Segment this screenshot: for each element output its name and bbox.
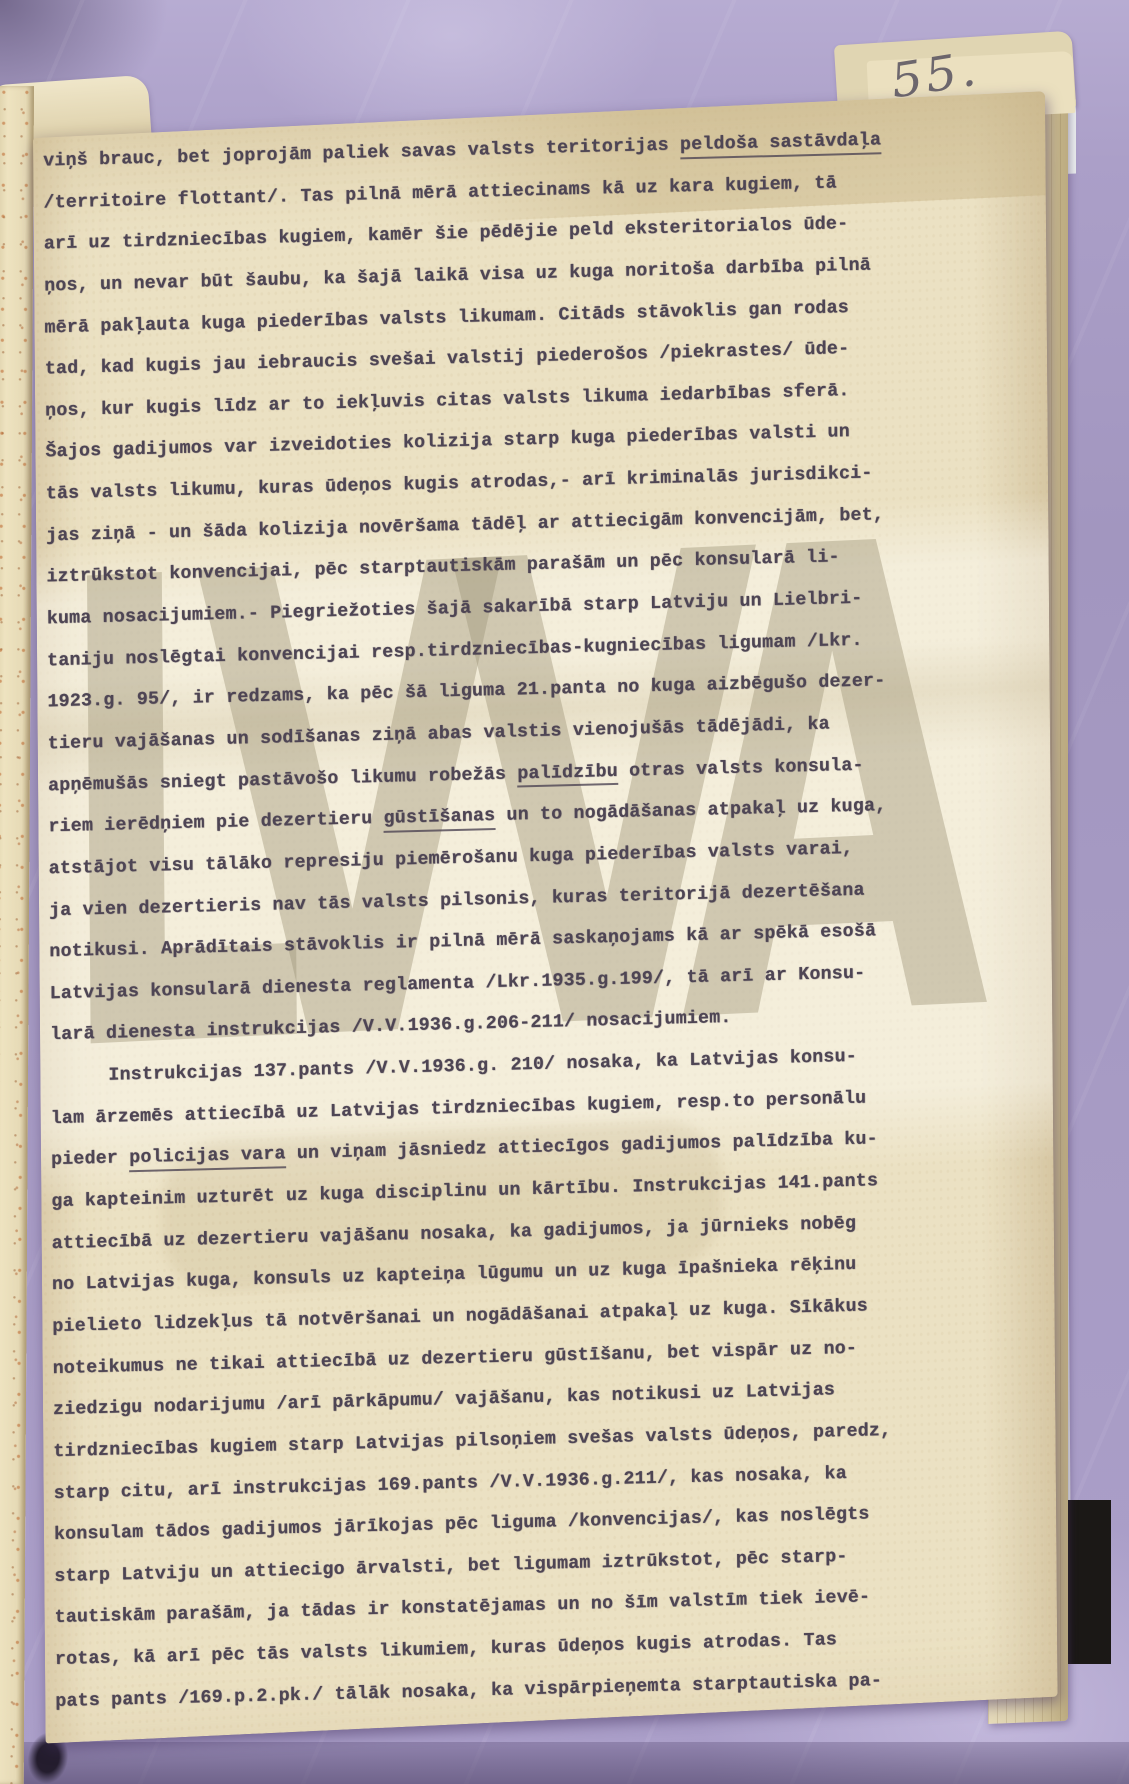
text-segment: un viņam jāsniedz attiecīgos gadijumos p… bbox=[286, 1130, 878, 1165]
text-segment: otras valsts konsula- bbox=[618, 755, 864, 781]
text-segment: rotas, kā arī pēc tās valsts likumiem, k… bbox=[55, 1630, 837, 1670]
underlined-text-segment: peldoša sastāvdaļa bbox=[680, 130, 881, 159]
text-segment: larā dienesta instrukcijas /V.V.1936.g.2… bbox=[50, 1008, 732, 1045]
text-segment: riem ierēdņiem pie dezertieru bbox=[48, 809, 383, 837]
underlined-text-segment: palīdzību bbox=[517, 762, 618, 788]
text-segment: viņš brauc, bet joprojām paliek savas va… bbox=[43, 135, 680, 171]
text-segment: pieder bbox=[51, 1149, 129, 1171]
typewritten-text-block: viņš brauc, bet joprojām paliek savas va… bbox=[43, 117, 1022, 1723]
text-segment: un to nogādāšanas atpakaļ uz kuga, bbox=[495, 796, 886, 826]
bottom-edge-shadow bbox=[0, 1742, 1129, 1784]
text-segment: Instrukcijas 137.pants /V.V.1936.g. 210/… bbox=[108, 1047, 857, 1086]
text-segment: apņēmušās sniegt pastāvošo likumu robežā… bbox=[48, 764, 517, 796]
text-segment: tieru vajāšanas un sodīšanas ziņā abas v… bbox=[48, 715, 830, 755]
underlined-text-segment: policijas vara bbox=[129, 1145, 286, 1172]
underlined-text-segment: gūstīšanas bbox=[384, 806, 496, 832]
document-page: LVVA viņš brauc, bet joprojām paliek sav… bbox=[33, 91, 1058, 1743]
